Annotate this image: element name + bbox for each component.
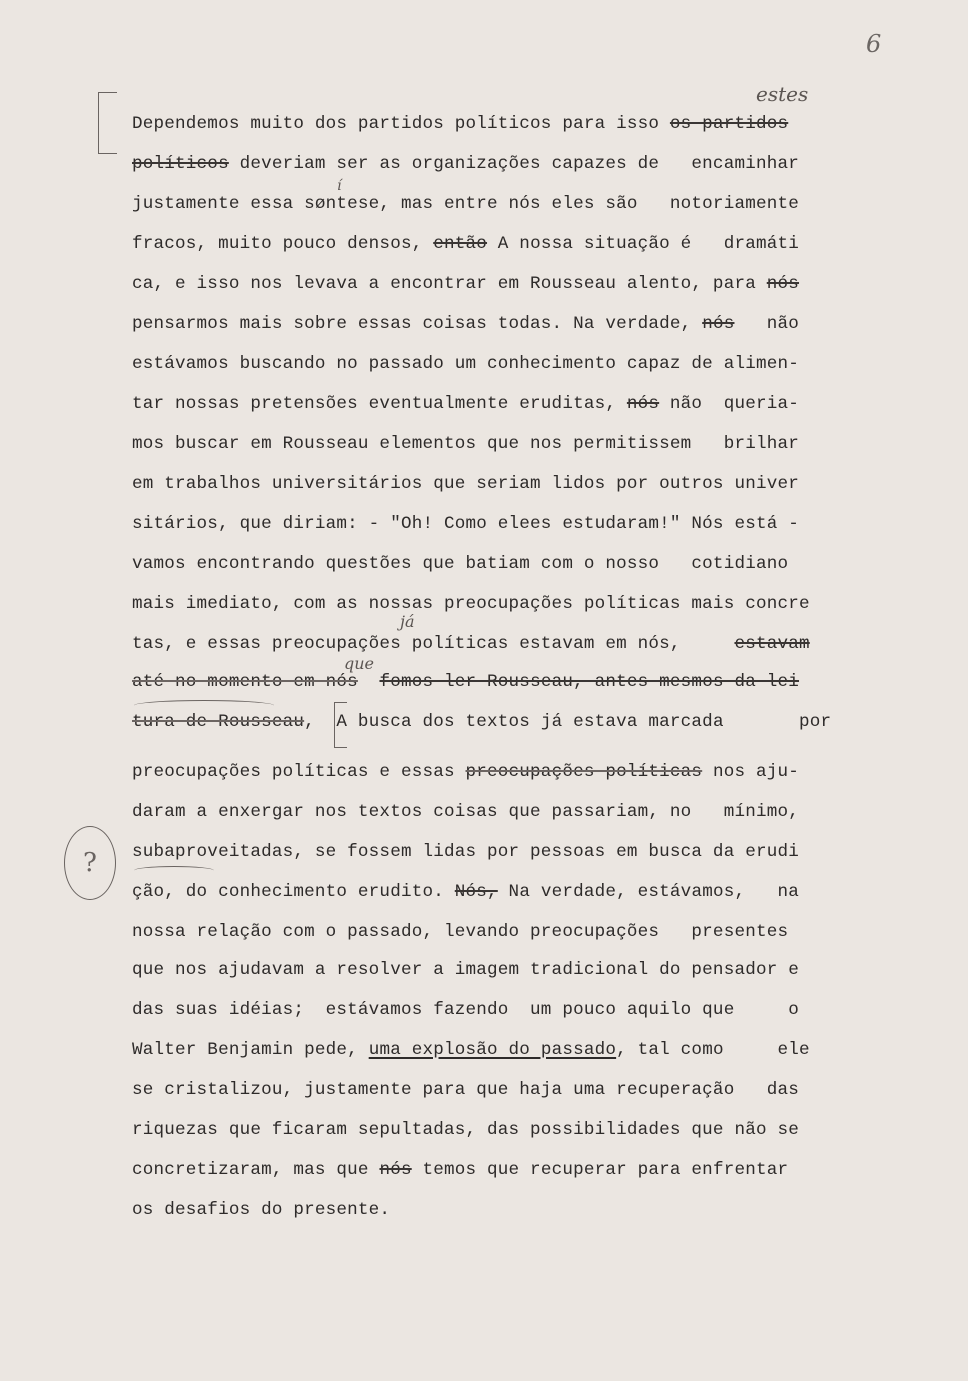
text-segment: das suas idéias; estávamos fazendo um po… <box>132 1000 799 1020</box>
text-segment: preocupações políticas e essas <box>132 762 466 782</box>
question-mark-circle: ? <box>64 826 116 900</box>
text-segment: concretizaram, mas que <box>132 1160 379 1180</box>
text-segment: estávamos buscando no passado um conheci… <box>132 354 799 374</box>
text-line: vamos encontrando questões que batiam co… <box>132 552 870 576</box>
struck-text: nós <box>379 1160 411 1180</box>
struck-text: fomos ler Rousseau, antes mesmos da lei <box>379 672 799 692</box>
text-segment: pensarmos mais sobre essas coisas todas.… <box>132 314 702 334</box>
text-line: riquezas que ficaram sepultadas, das pos… <box>132 1118 870 1142</box>
struck-text: preocupações políticas <box>466 762 703 782</box>
text-segment: não <box>734 314 799 334</box>
text-segment: daram a enxergar nos textos coisas que p… <box>132 802 799 822</box>
struck-text: nós <box>767 274 799 294</box>
text-segment: nos aju- <box>702 762 799 782</box>
struck-text: nós <box>627 394 659 414</box>
struck-text: tura de Rousseau <box>132 712 304 732</box>
text-segment: , A busca dos textos já estava marcada p… <box>304 712 831 732</box>
underline-wave-2 <box>134 866 214 875</box>
text-line: tar nossas pretensões eventualmente erud… <box>132 392 870 416</box>
text-segment: deveriam ser as organizações capazes de … <box>229 154 799 174</box>
text-segment: fracos, muito pouco densos, <box>132 234 433 254</box>
handwritten-estes: estes <box>756 82 808 106</box>
text-segment: tar nossas pretensões eventualmente erud… <box>132 394 627 414</box>
underlined-text: uma explosão do passado <box>369 1040 616 1060</box>
text-segment: A nossa situação é dramáti <box>487 234 799 254</box>
text-line: em trabalhos universitários que seriam l… <box>132 472 870 496</box>
text-line: até no momento em nós fomos ler Rousseau… <box>132 670 870 694</box>
text-line: concretizaram, mas que nós temos que rec… <box>132 1158 870 1182</box>
text-segment: os desafios do presente. <box>132 1200 390 1220</box>
struck-text: então <box>433 234 487 254</box>
text-line: preocupações políticas e essas preocupaç… <box>132 760 870 784</box>
text-line: das suas idéias; estávamos fazendo um po… <box>132 998 870 1022</box>
text-segment: se cristalizou, justamente para que haja… <box>132 1080 799 1100</box>
struck-text: Nós, <box>455 882 498 902</box>
text-segment: não queria- <box>659 394 799 414</box>
text-line: mais imediato, com as nossas preocupaçõe… <box>132 592 870 616</box>
text-line: os desafios do presente. <box>132 1198 870 1222</box>
text-line: mos buscar em Rousseau elementos que nos… <box>132 432 870 456</box>
text-line: subaproveitadas, se fossem lidas por pes… <box>132 840 870 864</box>
text-segment: nossa relação com o passado, levando pre… <box>132 922 788 942</box>
text-line: Walter Benjamin pede, uma explosão do pa… <box>132 1038 870 1062</box>
text-line: se cristalizou, justamente para que haja… <box>132 1078 870 1102</box>
text-line: nossa relação com o passado, levando pre… <box>132 920 870 944</box>
struck-text: estavam <box>734 634 809 654</box>
text-line: sitários, que diriam: - "Oh! Como elees … <box>132 512 870 536</box>
text-line: Dependemos muito dos partidos políticos … <box>132 112 870 136</box>
text-line: estávamos buscando no passado um conheci… <box>132 352 870 376</box>
text-line: tura de Rousseau, A busca dos textos já … <box>132 710 870 734</box>
text-line: daram a enxergar nos textos coisas que p… <box>132 800 870 824</box>
text-line: justamente essa søntese, mas entre nós e… <box>132 192 870 216</box>
text-segment: vamos encontrando questões que batiam co… <box>132 554 788 574</box>
text-segment: ca, e isso nos levava a encontrar em Rou… <box>132 274 767 294</box>
text-segment: , tal como ele <box>616 1040 810 1060</box>
struck-text: políticos <box>132 154 229 174</box>
text-line: ção, do conhecimento erudito. Nós, Na ve… <box>132 880 870 904</box>
text-segment: mos buscar em Rousseau elementos que nos… <box>132 434 799 454</box>
text-segment <box>358 672 380 692</box>
page-number: 6 <box>866 30 881 58</box>
text-segment: tas, e essas preocupações políticas esta… <box>132 634 734 654</box>
text-line: políticos deveriam ser as organizações c… <box>132 152 870 176</box>
struck-text: os partidos <box>670 114 788 134</box>
struck-text: até no momento em nós <box>132 672 358 692</box>
text-line: ca, e isso nos levava a encontrar em Rou… <box>132 272 870 296</box>
text-segment: temos que recuperar para enfrentar <box>412 1160 789 1180</box>
text-line: fracos, muito pouco densos, então A noss… <box>132 232 870 256</box>
paragraph-bracket-top <box>98 92 117 154</box>
text-segment: Dependemos muito dos partidos políticos … <box>132 114 659 134</box>
text-segment: ção, do conhecimento erudito. <box>132 882 455 902</box>
text-segment: em trabalhos universitários que seriam l… <box>132 474 799 494</box>
text-segment: subaproveitadas, se fossem lidas por pes… <box>132 842 799 862</box>
text-segment: Walter Benjamin pede, <box>132 1040 369 1060</box>
text-segment: sitários, que diriam: - "Oh! Como elees … <box>132 514 799 534</box>
text-segment: que nos ajudavam a resolver a imagem tra… <box>132 960 799 980</box>
text-segment: justamente essa søntese, mas entre nós e… <box>132 194 799 214</box>
text-segment: Na verdade, estávamos, na <box>498 882 799 902</box>
text-segment: mais imediato, com as nossas preocupaçõe… <box>132 594 810 614</box>
text-segment: riquezas que ficaram sepultadas, das pos… <box>132 1120 799 1140</box>
text-line: que nos ajudavam a resolver a imagem tra… <box>132 958 870 982</box>
text-line: tas, e essas preocupações políticas esta… <box>132 632 870 656</box>
text-line: pensarmos mais sobre essas coisas todas.… <box>132 312 870 336</box>
text-segment <box>659 114 670 134</box>
struck-text: nós <box>702 314 734 334</box>
question-mark: ? <box>83 848 97 878</box>
